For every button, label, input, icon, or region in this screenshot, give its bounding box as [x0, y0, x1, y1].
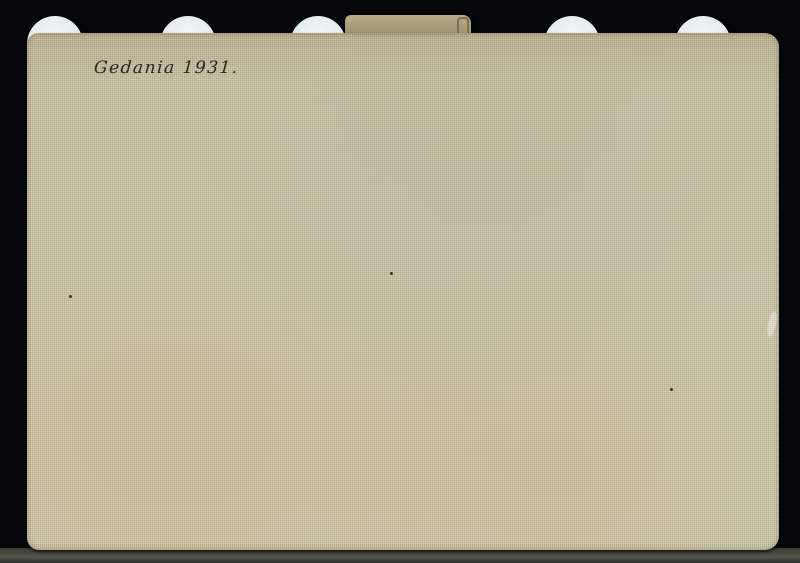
- album-cover: [27, 33, 779, 550]
- surface-shadow: [0, 548, 800, 563]
- cover-speck: [670, 388, 673, 391]
- handwritten-title: Gedania 1931.: [93, 58, 239, 78]
- cover-speck: [390, 272, 393, 275]
- cover-speck: [69, 295, 72, 298]
- cover-scuff-mark: [765, 310, 778, 337]
- photo-stage: Gedania 1931.: [0, 0, 800, 563]
